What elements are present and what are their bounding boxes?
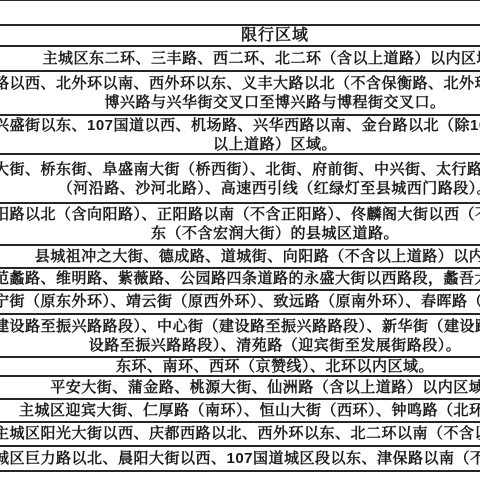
row-line: 阳路以北（含向阳路）、正阳路以南（不含正阳路）、佟麟阁大街以西（不含佟麟 xyxy=(0,205,480,224)
row-line: 宁街（原东外环）、靖云街（原西外环）、致远路（原南外环）、春晖路（原北外 xyxy=(0,293,480,311)
row-line: 博兴路与兴华街交叉口至博兴路与博程街交叉口。 xyxy=(0,93,480,112)
empty-row xyxy=(0,1,480,26)
row-line: 东（不含宏润大街）的县城区道路。 xyxy=(0,224,480,243)
row-line: 主城区阳光大街以西、庆都西路以北、西外环以东、北二环以南（不含以上道路） xyxy=(0,425,480,443)
row-line: 大街、桥东街、阜盛南大街（桥西街）、北街、府前街、中兴街、太行路、县医院 xyxy=(0,160,480,179)
table-row: 建设路至振兴路路段）、中心街（建设路至振兴路路段）、新华街（建设路至振兴 设路至… xyxy=(0,315,480,358)
restriction-table-screenshot: 限行区域 主城区东二环、三丰路、西二环、北二环（含以上道路）以内区域。 路以西、… xyxy=(0,0,480,480)
table-row: 东环、南环、西环（京赞线）、北环以内区域。 xyxy=(0,358,480,377)
table-row: 路以西、北外环以南、西外环以东、义丰大路以北（不含保衡路、北外环、西外环 博兴路… xyxy=(0,72,480,116)
table-row: 范蠡路、维明路、紫薇路、公园路四条道路的永盛大街以西路段，蠡吾大街（育 xyxy=(0,269,480,291)
table-header-label: 限行区域 xyxy=(0,27,480,45)
row-line: 范蠡路、维明路、紫薇路、公园路四条道路的永盛大街以西路段，蠡吾大街（育 xyxy=(0,270,480,288)
table-header-row: 限行区域 xyxy=(0,26,480,47)
row-line: 东环、南环、西环（京赞线）、北环以内区域。 xyxy=(0,358,480,376)
row-line: 主城区迎宾大街、仁厚路（南环）、恒山大街（西环）、钟鸣路（北环）路以 xyxy=(0,402,480,420)
row-line: 县城祖冲之大街、德成路、道城街、向阳路（不含以上道路）以内区域 xyxy=(0,248,480,266)
table-row: 兴盛街以东、107国道以西、机场路、兴华西路以南、金台路以北（除107国道外，含… xyxy=(0,116,480,155)
table-row: 主城区阳光大街以西、庆都西路以北、西外环以东、北二环以南（不含以上道路） xyxy=(0,423,480,447)
table-row: 主城区迎宾大街、仁厚路（南环）、恒山大街（西环）、钟鸣路（北环）路以 xyxy=(0,400,480,423)
table-row: 大街、桥东街、阜盛南大街（桥西街）、北街、府前街、中兴街、太行路、县医院 （河沿… xyxy=(0,155,480,204)
row-line: 建设路至振兴路路段）、中心街（建设路至振兴路路段）、新华街（建设路至振兴 xyxy=(0,317,480,336)
table-row: 宁街（原东外环）、靖云街（原西外环）、致远路（原南外环）、春晖路（原北外 xyxy=(0,291,480,315)
row-line: 以上道路）区域。 xyxy=(0,135,480,154)
row-line: 设路至振兴路路段）、清苑路（迎宾街至发展街路段）。 xyxy=(0,336,480,355)
table-row: 平安大街、蒲金路、桃源大街、仙洲路（含以上道路）以内区域。 xyxy=(0,377,480,400)
table-row: 主城区东二环、三丰路、西二环、北二环（含以上道路）以内区域。 xyxy=(0,47,480,72)
table-row: 县城祖冲之大街、德成路、道城街、向阳路（不含以上道路）以内区域 xyxy=(0,246,480,269)
row-line: （河沿路、沙河北路）、高速西引线（红绿灯至县城西门路段）。 xyxy=(0,179,480,198)
table-row: 城区巨力路以北、晨阳大街以西、107国道城区段以东、津保路以南（不含以上道路 xyxy=(0,447,480,472)
row-line: 主城区东二环、三丰路、西二环、北二环（含以上道路）以内区域。 xyxy=(0,49,480,68)
row-line: 路以西、北外环以南、西外环以东、义丰大路以北（不含保衡路、北外环、西外环 xyxy=(0,74,480,93)
row-line: 城区巨力路以北、晨阳大街以西、107国道城区段以东、津保路以南（不含以上道路 xyxy=(0,450,480,468)
table-row: 阳路以北（含向阳路）、正阳路以南（不含正阳路）、佟麟阁大街以西（不含佟麟 东（不… xyxy=(0,204,480,246)
row-line: 平安大街、蒲金路、桃源大街、仙洲路（含以上道路）以内区域。 xyxy=(0,379,480,397)
row-line: 兴盛街以东、107国道以西、机场路、兴华西路以南、金台路以北（除107国道外，含 xyxy=(0,116,480,135)
